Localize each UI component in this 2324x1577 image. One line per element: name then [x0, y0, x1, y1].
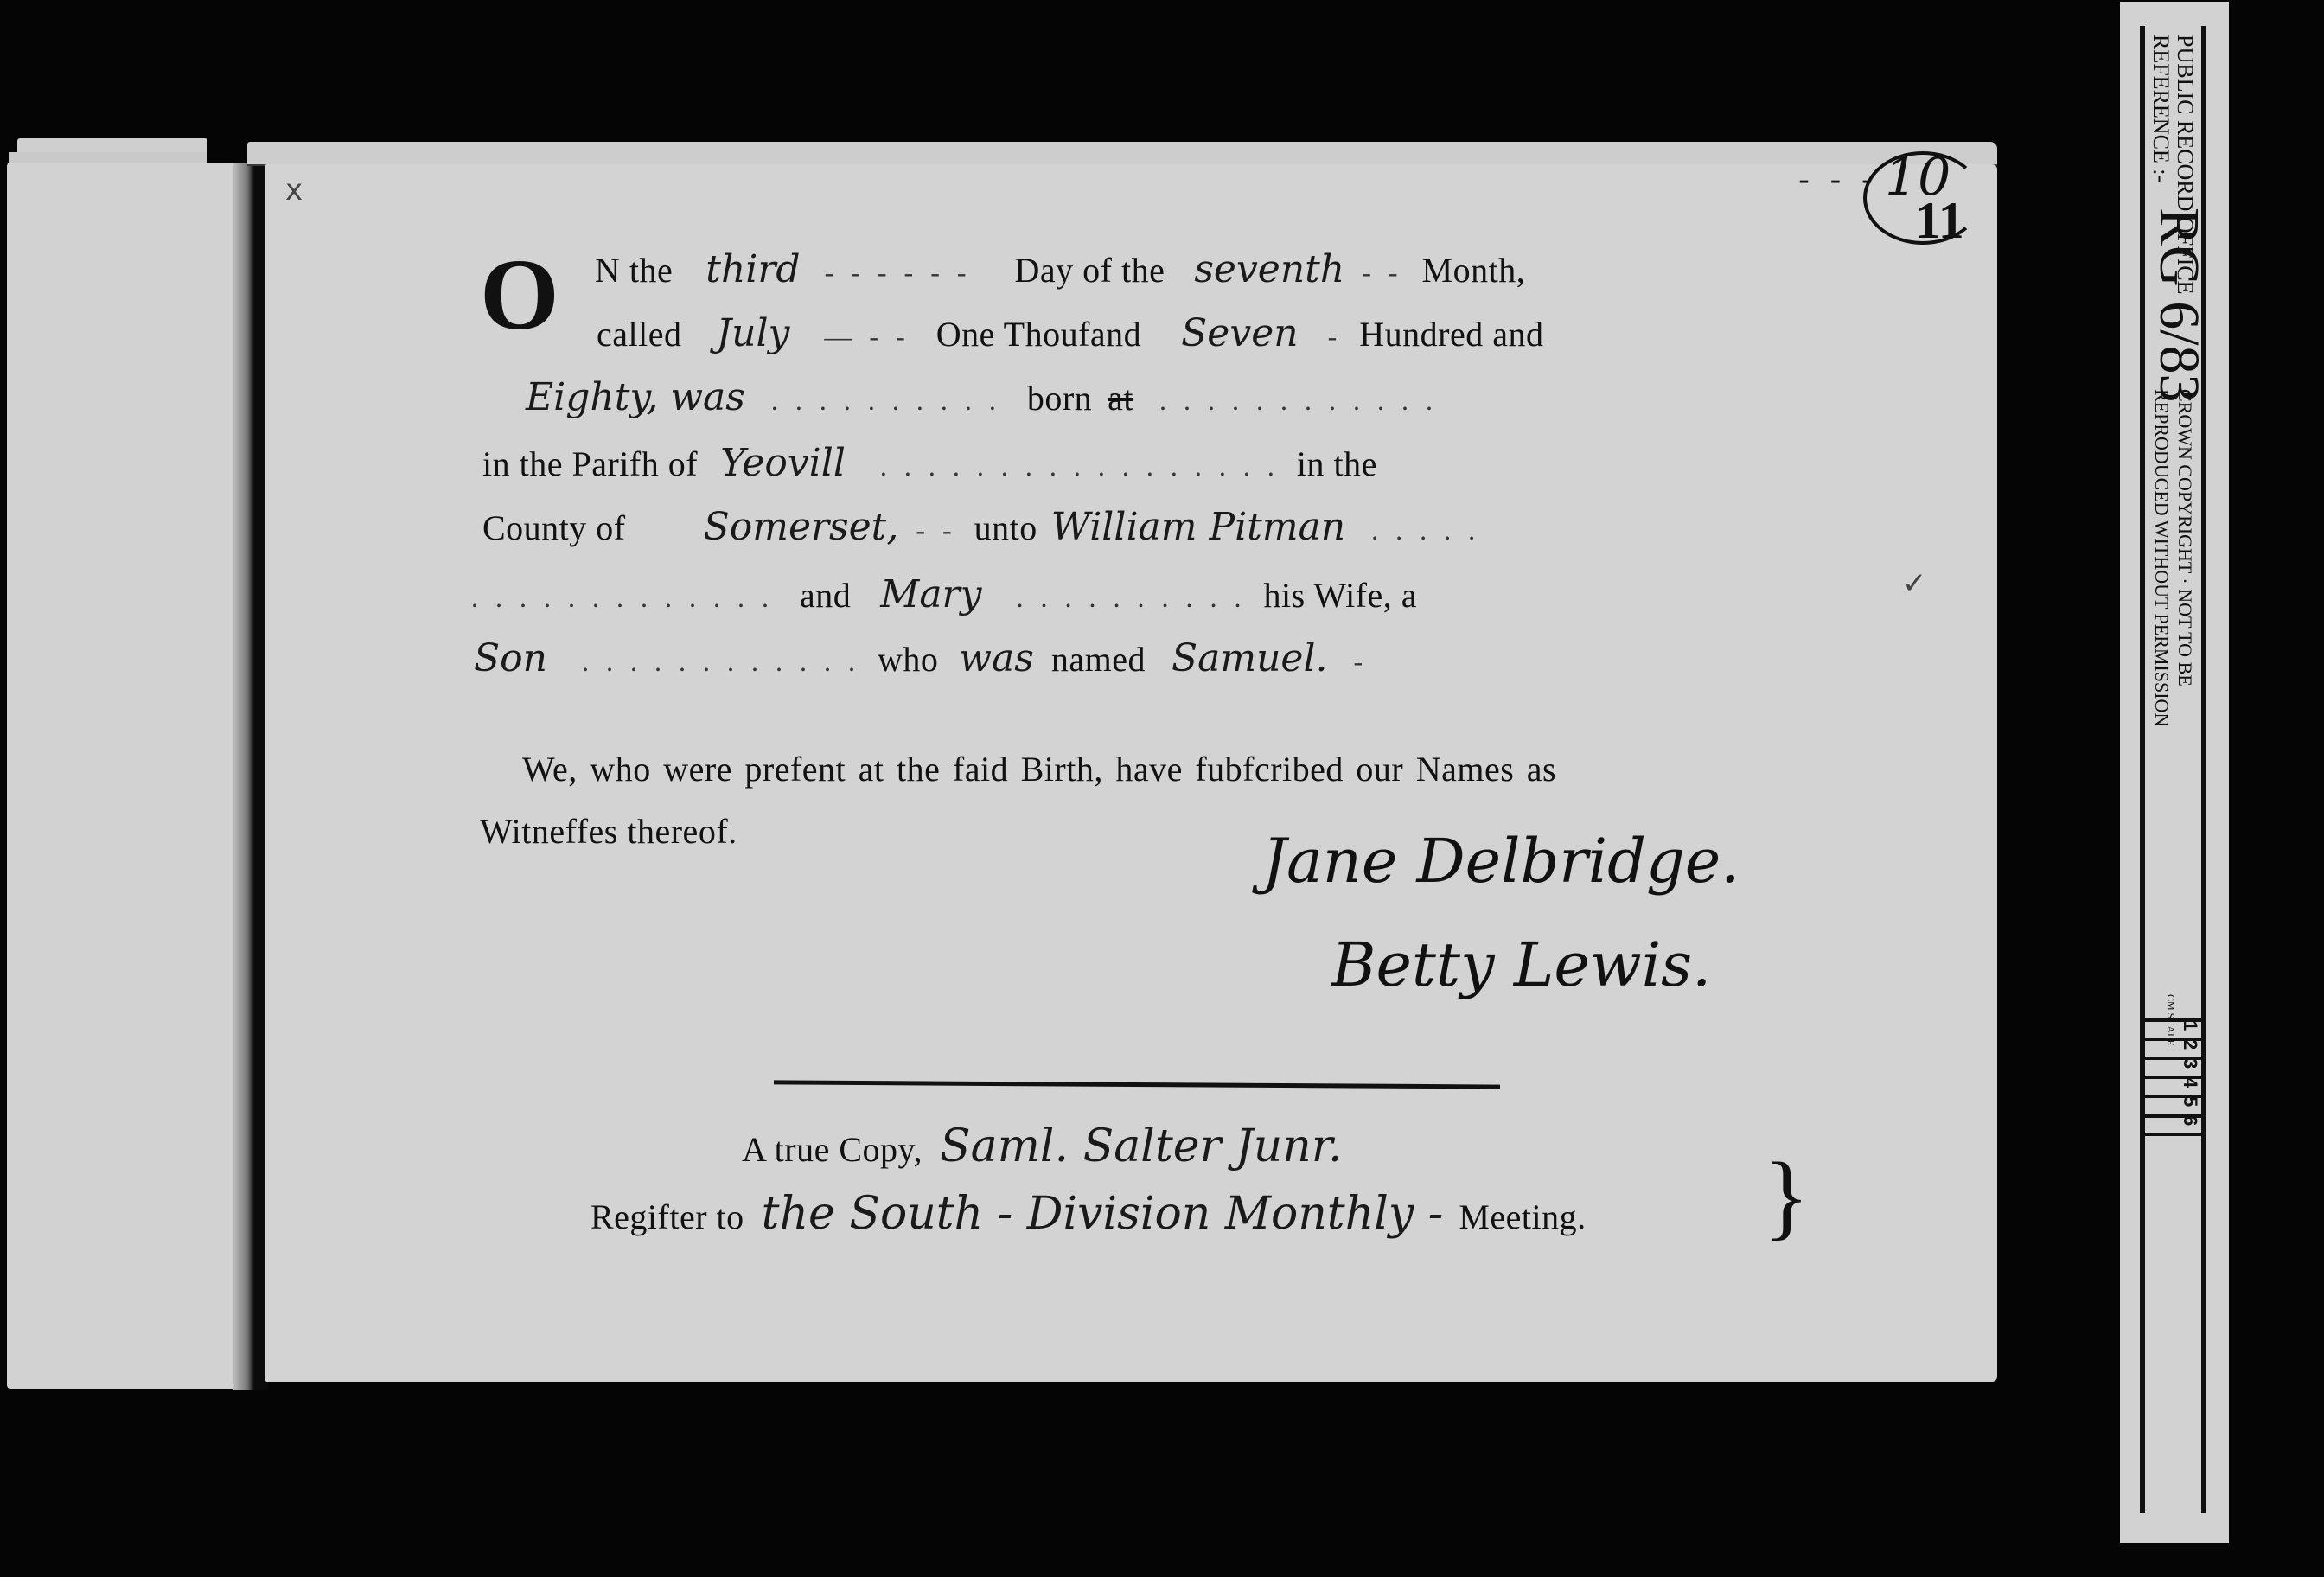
fill-dots: . . . . . . . . . . . . [1159, 385, 1438, 416]
strip-copyright-line-2: REPRODUCED WITHOUT PERMISSION [2150, 389, 2173, 726]
cert-line-4: in the Parifh of Yeovill . . . . . . . .… [482, 443, 1377, 487]
drop-cap: O [480, 247, 559, 342]
left-page [7, 163, 233, 1389]
cert-line-6: . . . . . . . . . . . . . and Mary . . .… [471, 574, 1417, 618]
text-register-to: Regifter to [591, 1197, 744, 1236]
hand-month-name: July [717, 311, 790, 355]
true-copy-line: A true Copy, Saml. Salter Junr. [742, 1126, 1342, 1171]
scale-tick [2145, 1133, 2201, 1153]
fill-dots: - - [916, 514, 956, 546]
text-in-the-parish-of: in the Parifh of [482, 444, 698, 483]
text-on-the: N the [595, 251, 673, 290]
text-hundred-and: Hundred and [1359, 315, 1543, 354]
text-named: named [1051, 640, 1146, 679]
hand-county: Somerset, [704, 505, 899, 549]
text-meeting: Meeting. [1459, 1197, 1586, 1236]
hand-parish: Yeovill [720, 441, 846, 485]
cert-line-5: County of Somerset, - - unto William Pit… [482, 507, 1480, 551]
closing-brace: } [1764, 1148, 1810, 1243]
hand-was: was [959, 636, 1033, 680]
hand-child-name: Samuel. [1172, 636, 1328, 680]
witness-statement-line-1: We, who were prefent at the faid Birth, … [522, 749, 1556, 790]
text-born: born [1027, 379, 1092, 418]
folio-dashes: - - - [1798, 163, 1878, 198]
hand-sex: Son [474, 636, 547, 680]
text-at-struck: at [1108, 379, 1133, 418]
text-his-wife-a: his Wife, a [1263, 576, 1417, 615]
scale-mark-3: 3 [2179, 1058, 2201, 1069]
register-line: Regifter to the South - Division Monthly… [591, 1193, 1587, 1238]
text-county-of: County of [482, 508, 626, 547]
hand-day: third [705, 247, 800, 291]
strip-reference-label: REFERENCE :- [2148, 35, 2174, 182]
fill-dots: . . . . . . . . . . . . . . . . . [880, 450, 1280, 482]
text-day-of-the: Day of the [1015, 251, 1165, 290]
hand-father: William Pitman [1051, 505, 1345, 549]
text-month: Month, [1422, 251, 1526, 290]
text-unto: unto [974, 508, 1037, 547]
corner-cross-mark: x [285, 173, 303, 207]
fill-dots: . . . . . . . . . . [1016, 582, 1246, 613]
scale-mark-2: 2 [2179, 1039, 2201, 1050]
fill-dots: — - - [824, 321, 910, 352]
text-a-true-copy: A true Copy, [742, 1130, 923, 1169]
witness-statement-line-2: Witneffes thereof. [480, 811, 737, 852]
scale-mark-5: 5 [2179, 1096, 2201, 1107]
folio-new-number: 11 [1915, 195, 1964, 246]
text-in-the: in the [1297, 444, 1377, 483]
tick-mark-icon: ✓ [1902, 566, 1927, 601]
text-who: who [878, 640, 938, 679]
fill-dots: . . . . . . . . . . . . [582, 646, 860, 677]
fill-dots: . . . . . . . . . . . . . [471, 582, 774, 613]
hand-hundreds: Seven [1181, 311, 1298, 355]
hand-meeting-name: the South - Division Monthly - [762, 1188, 1444, 1240]
cert-line-1: N the third - - - - - - Day of the seven… [595, 249, 1525, 293]
fill-dots: - [1354, 646, 1369, 677]
strip-reference-code: RG 6/83 [2146, 207, 2212, 403]
hand-mother: Mary [880, 572, 981, 616]
signature-witness-2: Betty Lewis. [1331, 929, 1711, 1000]
scale-mark-4: 4 [2179, 1077, 2201, 1088]
scale-mark-1: 1 [2179, 1020, 2201, 1031]
text-and: and [800, 576, 851, 615]
signature-witness-1: Jane Delbridge. [1262, 826, 1740, 897]
cert-line-3: Eighty, was . . . . . . . . . . born at … [526, 377, 1438, 421]
book-gutter [233, 163, 268, 1390]
strip-copyright-line-1: CROWN COPYRIGHT · NOT TO BE [2174, 389, 2196, 686]
fill-dots: . . . . . . . . . . [771, 385, 1001, 416]
text-one-thousand: One Thoufand [936, 315, 1141, 354]
cert-line-2: called July — - - One Thoufand Seven - H… [597, 313, 1543, 357]
hand-month: seventh [1194, 247, 1344, 291]
hand-year: Eighty, was [526, 375, 745, 419]
strip-rule-left [2140, 26, 2145, 1513]
fill-dots: - - - - - - [825, 257, 972, 288]
fill-dots: - - [1362, 257, 1402, 288]
cert-line-7: Son . . . . . . . . . . . . who was name… [474, 638, 1368, 682]
fill-dots: - [1328, 321, 1343, 352]
fill-dots: . . . . . [1371, 514, 1480, 546]
main-page-top-edge [247, 142, 1997, 166]
scale-mark-6: 6 [2179, 1115, 2201, 1126]
signature-registrar: Saml. Salter Junr. [940, 1120, 1342, 1172]
text-called: called [597, 315, 682, 354]
